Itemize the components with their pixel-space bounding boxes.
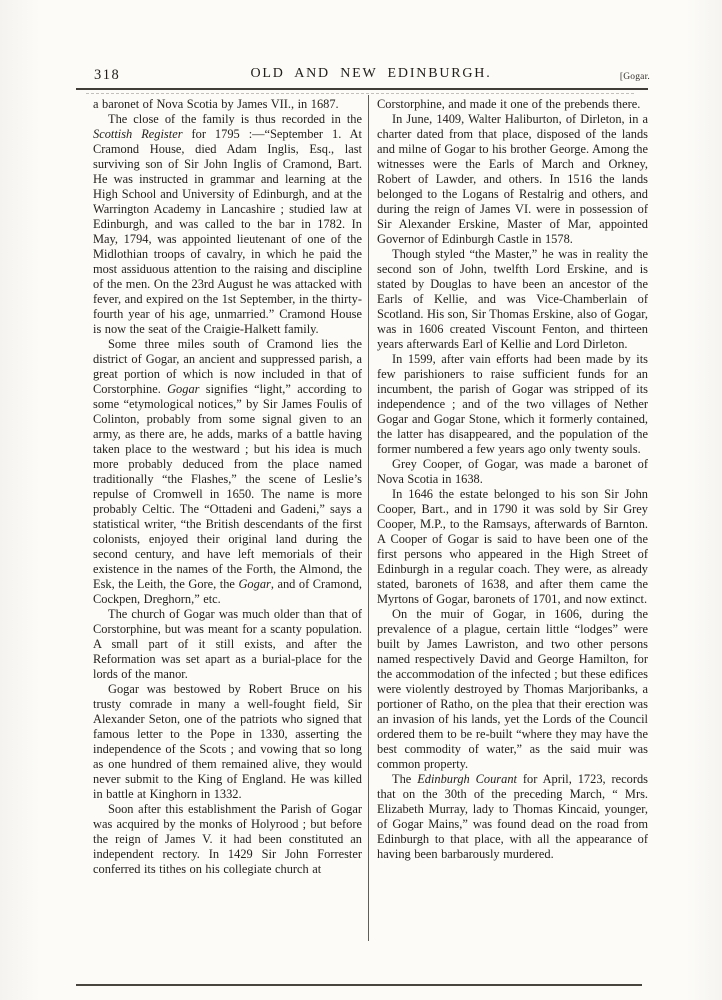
paragraph: In 1599, after vain efforts had been mad… bbox=[377, 352, 648, 457]
text-run: Though styled “the Master,” he was in re… bbox=[377, 247, 648, 351]
text-run: The church of Gogar was much older than … bbox=[93, 607, 362, 681]
text-run: Soon after this establishment the Parish… bbox=[93, 802, 362, 876]
text-run: for 1795 :—“September 1. At Cramond Hous… bbox=[93, 127, 362, 336]
text-run: In 1646 the estate belonged to his son S… bbox=[377, 487, 648, 606]
text-run: In June, 1409, Walter Haliburton, of Dir… bbox=[377, 112, 648, 246]
text-run: In 1599, after vain efforts had been mad… bbox=[377, 352, 648, 456]
paragraph: In 1646 the estate belonged to his son S… bbox=[377, 487, 648, 607]
text-run: Grey Cooper, of Gogar, was made a barone… bbox=[377, 457, 648, 486]
text-run: The bbox=[392, 772, 417, 786]
text-run: a baronet of Nova Scotia by James VII., … bbox=[93, 97, 339, 111]
paragraph: Corstorphine, and made it one of the pre… bbox=[377, 97, 648, 112]
section-note: [Gogar. bbox=[620, 72, 650, 82]
column-divider bbox=[368, 95, 369, 941]
paragraph: The Edinburgh Courant for April, 1723, r… bbox=[377, 772, 648, 862]
italic-text-run: Edinburgh Courant bbox=[417, 772, 517, 786]
right-column: Corstorphine, and made it one of the pre… bbox=[377, 97, 648, 862]
paragraph: The close of the family is thus recorded… bbox=[93, 112, 362, 337]
italic-text-run: Gogar bbox=[238, 577, 270, 591]
running-title: OLD AND NEW EDINBURGH. bbox=[90, 66, 652, 82]
italic-text-run: Scottish Register bbox=[93, 127, 183, 141]
paragraph: Soon after this establishment the Parish… bbox=[93, 802, 362, 877]
book-page: 318 OLD AND NEW EDINBURGH. [Gogar. a bar… bbox=[0, 0, 722, 1000]
running-header: 318 OLD AND NEW EDINBURGH. [Gogar. bbox=[90, 66, 652, 88]
paragraph: In June, 1409, Walter Haliburton, of Dir… bbox=[377, 112, 648, 247]
header-rule bbox=[76, 88, 648, 90]
text-run: On the muir of Gogar, in 1606, during th… bbox=[377, 607, 648, 771]
text-run: Gogar was bestowed by Robert Bruce on hi… bbox=[93, 682, 362, 801]
paragraph: On the muir of Gogar, in 1606, during th… bbox=[377, 607, 648, 772]
left-column: a baronet of Nova Scotia by James VII., … bbox=[93, 97, 362, 877]
paragraph: Grey Cooper, of Gogar, was made a barone… bbox=[377, 457, 648, 487]
text-run: The close of the family is thus recorded… bbox=[108, 112, 362, 126]
paragraph: Gogar was bestowed by Robert Bruce on hi… bbox=[93, 682, 362, 802]
paragraph: The church of Gogar was much older than … bbox=[93, 607, 362, 682]
page-bottom-rule bbox=[76, 984, 642, 986]
italic-text-run: Gogar bbox=[167, 382, 199, 396]
text-run: signifies “light,” according to some “et… bbox=[93, 382, 362, 591]
paragraph: Though styled “the Master,” he was in re… bbox=[377, 247, 648, 352]
paragraph: Some three miles south of Cramond lies t… bbox=[93, 337, 362, 607]
paragraph: a baronet of Nova Scotia by James VII., … bbox=[93, 97, 362, 112]
text-run: Corstorphine, and made it one of the pre… bbox=[377, 97, 640, 111]
